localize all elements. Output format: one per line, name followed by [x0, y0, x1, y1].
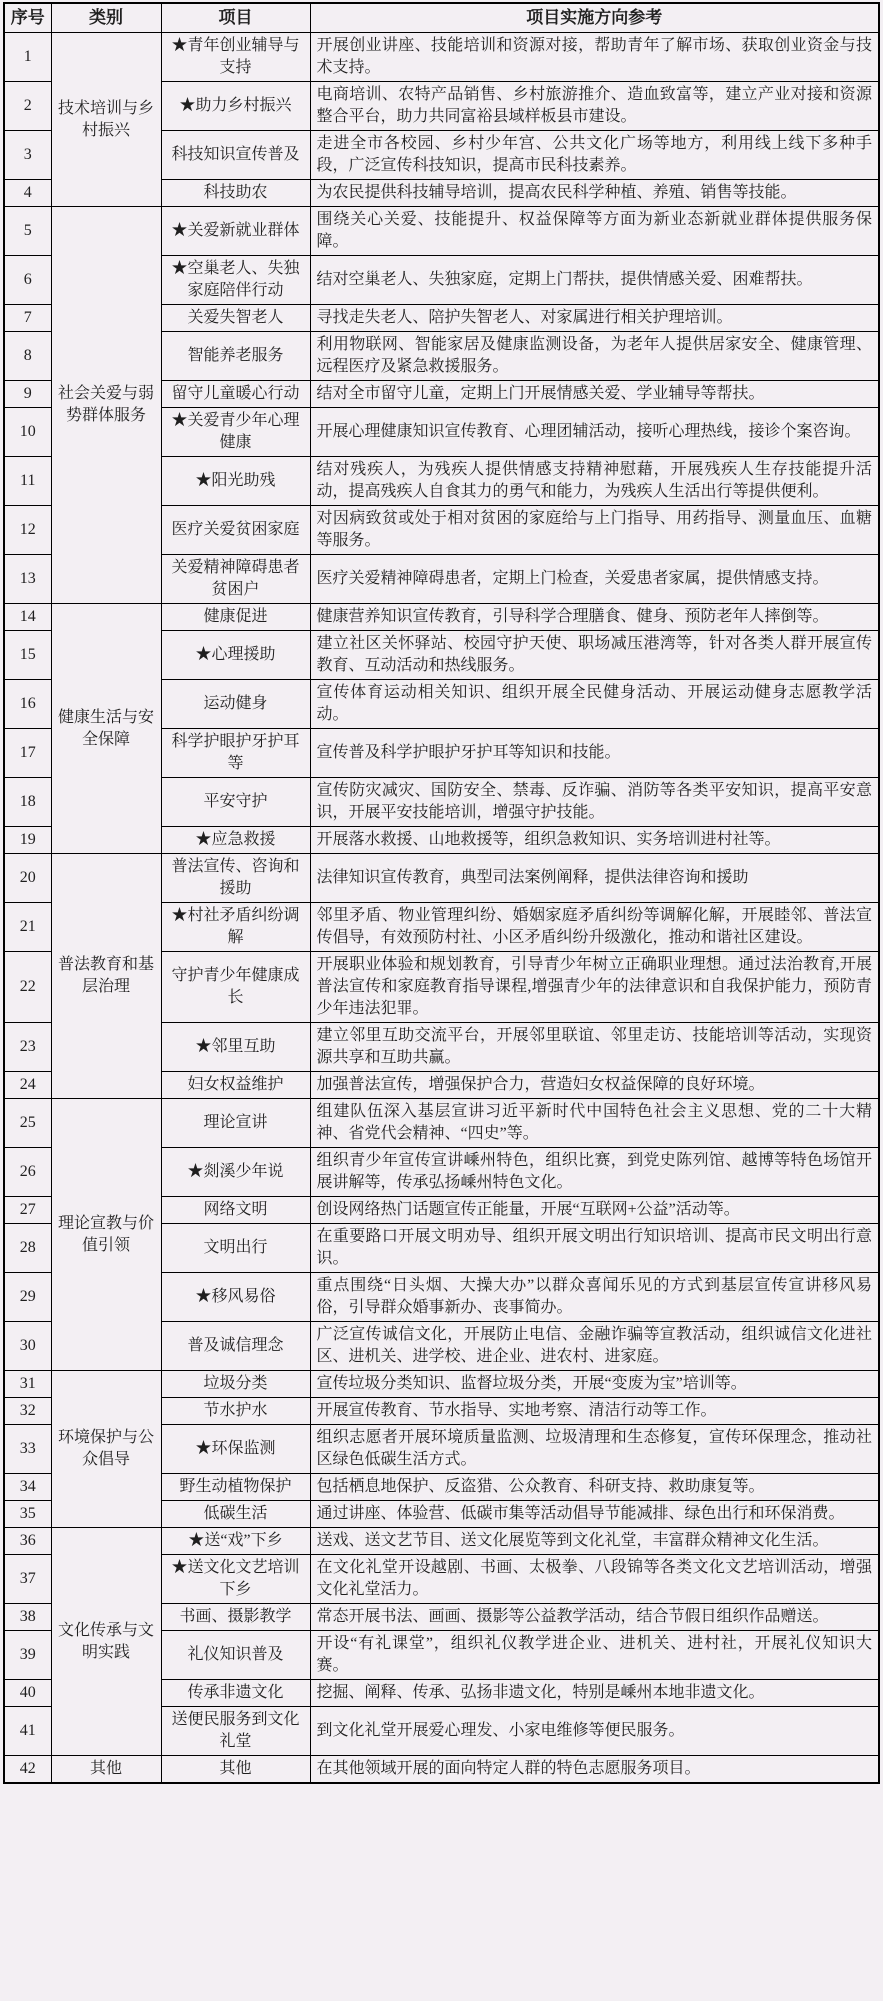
detail-cell: 宣传体育运动相关知识、组织开展全民健身活动、开展运动健身志愿教学活动。 — [310, 680, 879, 729]
project-cell: ★空巢老人、失独家庭陪伴行动 — [161, 256, 310, 305]
table-body: 1技术培训与乡村振兴★青年创业辅导与支持开展创业讲座、技能培训和资源对接，帮助青… — [4, 33, 879, 1784]
detail-cell: 建立社区关怀驿站、校园守护天使、职场减压港湾等，针对各类人群开展宣传教育、互动活… — [310, 631, 879, 680]
detail-cell: 组织志愿者开展环境质量监测、垃圾清理和生态修复，宣传环保理念，推动社区绿色低碳生… — [310, 1425, 879, 1474]
project-cell: ★送文化文艺培训下乡 — [161, 1555, 310, 1604]
row-number-cell: 27 — [4, 1197, 51, 1224]
row-number-cell: 33 — [4, 1425, 51, 1474]
detail-cell: 法律知识宣传教育，典型司法案例阐释，提供法律咨询和援助 — [310, 854, 879, 903]
project-cell: 其他 — [161, 1756, 310, 1784]
detail-cell: 在文化礼堂开设越剧、书画、太极拳、八段锦等各类文化文艺培训活动，增强文化礼堂活力… — [310, 1555, 879, 1604]
project-cell: 医疗关爱贫困家庭 — [161, 506, 310, 555]
project-cell: ★心理援助 — [161, 631, 310, 680]
project-cell: 送便民服务到文化礼堂 — [161, 1707, 310, 1756]
project-cell: 留守儿童暖心行动 — [161, 381, 310, 408]
row-number-cell: 16 — [4, 680, 51, 729]
row-number-cell: 30 — [4, 1322, 51, 1371]
project-cell: 健康促进 — [161, 604, 310, 631]
row-number-cell: 22 — [4, 952, 51, 1023]
project-cell: 垃圾分类 — [161, 1371, 310, 1398]
row-number-cell: 21 — [4, 903, 51, 952]
detail-cell: 常态开展书法、画画、摄影等公益教学活动，结合节假日组织作品赠送。 — [310, 1604, 879, 1631]
detail-cell: 宣传垃圾分类知识、监督垃圾分类，开展“变废为宝”培训等。 — [310, 1371, 879, 1398]
project-cell: 关爱精神障碍患者贫困户 — [161, 555, 310, 604]
project-cell: 关爱失智老人 — [161, 305, 310, 332]
row-number-cell: 1 — [4, 33, 51, 82]
project-cell: ★环保监测 — [161, 1425, 310, 1474]
document-page: 序号 类别 项目 项目实施方向参考 1技术培训与乡村振兴★青年创业辅导与支持开展… — [0, 0, 883, 1786]
detail-cell: 利用物联网、智能家居及健康监测设备，为老年人提供居家安全、健康管理、远程医疗及紧… — [310, 332, 879, 381]
detail-cell: 开展心理健康知识宣传教育、心理团辅活动，接听心理热线，接诊个案咨询。 — [310, 408, 879, 457]
project-cell: 运动健身 — [161, 680, 310, 729]
table-header: 序号 类别 项目 项目实施方向参考 — [4, 3, 879, 33]
header-cell-detail: 项目实施方向参考 — [310, 3, 879, 33]
detail-cell: 医疗关爱精神障碍患者，定期上门检查，关爱患者家属，提供情感支持。 — [310, 555, 879, 604]
row-number-cell: 3 — [4, 131, 51, 180]
row-number-cell: 26 — [4, 1148, 51, 1197]
project-cell: ★关爱新就业群体 — [161, 207, 310, 256]
row-number-cell: 32 — [4, 1398, 51, 1425]
detail-cell: 结对空巢老人、失独家庭，定期上门帮扶，提供情感关爱、困难帮扶。 — [310, 256, 879, 305]
row-number-cell: 35 — [4, 1501, 51, 1528]
header-cell-project: 项目 — [161, 3, 310, 33]
detail-cell: 围绕关心关爱、技能提升、权益保障等方面为新业态新就业群体提供服务保障。 — [310, 207, 879, 256]
row-number-cell: 29 — [4, 1273, 51, 1322]
category-cell: 环境保护与公众倡导 — [51, 1371, 161, 1528]
project-cell: 礼仪知识普及 — [161, 1631, 310, 1680]
row-number-cell: 10 — [4, 408, 51, 457]
row-number-cell: 37 — [4, 1555, 51, 1604]
detail-cell: 创设网络热门话题宣传正能量，开展“互联网+公益”活动等。 — [310, 1197, 879, 1224]
project-cell: ★应急救援 — [161, 827, 310, 854]
row-number-cell: 4 — [4, 180, 51, 207]
row-number-cell: 38 — [4, 1604, 51, 1631]
detail-cell: 在重要路口开展文明劝导、组织开展文明出行知识培训、提高市民文明出行意识。 — [310, 1224, 879, 1273]
detail-cell: 建立邻里互助交流平台，开展邻里联谊、邻里走访、技能培训等活动，实现资源共享和互助… — [310, 1023, 879, 1072]
detail-cell: 宣传防灾减灾、国防安全、禁毒、反诈骗、消防等各类平安知识，提高平安意识，开展平安… — [310, 778, 879, 827]
category-cell: 文化传承与文明实践 — [51, 1528, 161, 1756]
project-cell: 野生动植物保护 — [161, 1474, 310, 1501]
detail-cell: 送戏、送文艺节目、送文化展览等到文化礼堂，丰富群众精神文化生活。 — [310, 1528, 879, 1555]
project-cell: 守护青少年健康成长 — [161, 952, 310, 1023]
detail-cell: 开展创业讲座、技能培训和资源对接，帮助青年了解市场、获取创业资金与技术支持。 — [310, 33, 879, 82]
category-cell: 技术培训与乡村振兴 — [51, 33, 161, 207]
detail-cell: 加强普法宣传，增强保护合力，营造妇女权益保障的良好环境。 — [310, 1072, 879, 1099]
detail-cell: 结对残疾人，为残疾人提供情感支持精神慰藉，开展残疾人生存技能提升活动，提高残疾人… — [310, 457, 879, 506]
table-row: 20普法教育和基层治理普法宣传、咨询和援助法律知识宣传教育，典型司法案例阐释，提… — [4, 854, 879, 903]
detail-cell: 在其他领域开展的面向特定人群的特色志愿服务项目。 — [310, 1756, 879, 1784]
project-cell: 节水护水 — [161, 1398, 310, 1425]
detail-cell: 邻里矛盾、物业管理纠纷、婚姻家庭矛盾纠纷等调解化解，开展睦邻、普法宣传倡导，有效… — [310, 903, 879, 952]
project-cell: 低碳生活 — [161, 1501, 310, 1528]
detail-cell: 组建队伍深入基层宣讲习近平新时代中国特色社会主义思想、党的二十大精神、省党代会精… — [310, 1099, 879, 1148]
detail-cell: 广泛宣传诚信文化，开展防止电信、金融诈骗等宣教活动，组织诚信文化进社区、进机关、… — [310, 1322, 879, 1371]
project-cell: 科技知识宣传普及 — [161, 131, 310, 180]
detail-cell: 开展落水救援、山地救援等，组织急救知识、实务培训进村社等。 — [310, 827, 879, 854]
row-number-cell: 5 — [4, 207, 51, 256]
project-cell: ★村社矛盾纠纷调解 — [161, 903, 310, 952]
row-number-cell: 24 — [4, 1072, 51, 1099]
row-number-cell: 31 — [4, 1371, 51, 1398]
project-cell: 普及诚信理念 — [161, 1322, 310, 1371]
project-cell: 书画、摄影教学 — [161, 1604, 310, 1631]
project-cell: 妇女权益维护 — [161, 1072, 310, 1099]
table-row: 25理论宣教与价值引领理论宣讲组建队伍深入基层宣讲习近平新时代中国特色社会主义思… — [4, 1099, 879, 1148]
detail-cell: 健康营养知识宣传教育，引导科学合理膳食、健身、预防老年人摔倒等。 — [310, 604, 879, 631]
row-number-cell: 8 — [4, 332, 51, 381]
row-number-cell: 9 — [4, 381, 51, 408]
project-cell: 科技助农 — [161, 180, 310, 207]
project-cell: ★助力乡村振兴 — [161, 82, 310, 131]
header-cell-category: 类别 — [51, 3, 161, 33]
table-row: 1技术培训与乡村振兴★青年创业辅导与支持开展创业讲座、技能培训和资源对接，帮助青… — [4, 33, 879, 82]
detail-cell: 结对全市留守儿童，定期上门开展情感关爱、学业辅导等帮扶。 — [310, 381, 879, 408]
project-cell: 平安守护 — [161, 778, 310, 827]
row-number-cell: 19 — [4, 827, 51, 854]
project-cell: 普法宣传、咨询和援助 — [161, 854, 310, 903]
detail-cell: 寻找走失老人、陪护失智老人、对家属进行相关护理培训。 — [310, 305, 879, 332]
project-cell: ★青年创业辅导与支持 — [161, 33, 310, 82]
detail-cell: 宣传普及科学护眼护牙护耳等知识和技能。 — [310, 729, 879, 778]
project-cell: 智能养老服务 — [161, 332, 310, 381]
row-number-cell: 23 — [4, 1023, 51, 1072]
detail-cell: 包括栖息地保护、反盗猎、公众教育、科研支持、救助康复等。 — [310, 1474, 879, 1501]
category-cell: 健康生活与安全保障 — [51, 604, 161, 854]
project-cell: ★剡溪少年说 — [161, 1148, 310, 1197]
table-row: 14健康生活与安全保障健康促进健康营养知识宣传教育，引导科学合理膳食、健身、预防… — [4, 604, 879, 631]
detail-cell: 走进全市各校园、乡村少年宫、公共文化广场等地方，利用线上线下多种手段，广泛宣传科… — [310, 131, 879, 180]
detail-cell: 重点围绕“日头烟、大操大办”以群众喜闻乐见的方式到基层宣传宣讲移风易俗，引导群众… — [310, 1273, 879, 1322]
header-row: 序号 类别 项目 项目实施方向参考 — [4, 3, 879, 33]
category-cell: 理论宣教与价值引领 — [51, 1099, 161, 1371]
table-row: 42其他其他在其他领域开展的面向特定人群的特色志愿服务项目。 — [4, 1756, 879, 1784]
table-row: 5社会关爱与弱势群体服务★关爱新就业群体围绕关心关爱、技能提升、权益保障等方面为… — [4, 207, 879, 256]
table-row: 36文化传承与文明实践★送“戏”下乡送戏、送文艺节目、送文化展览等到文化礼堂，丰… — [4, 1528, 879, 1555]
row-number-cell: 34 — [4, 1474, 51, 1501]
row-number-cell: 18 — [4, 778, 51, 827]
row-number-cell: 13 — [4, 555, 51, 604]
row-number-cell: 2 — [4, 82, 51, 131]
detail-cell: 为农民提供科技辅导培训，提高农民科学种植、养殖、销售等技能。 — [310, 180, 879, 207]
row-number-cell: 17 — [4, 729, 51, 778]
project-cell: 网络文明 — [161, 1197, 310, 1224]
detail-cell: 开设“有礼课堂”，组织礼仪教学进企业、进机关、进村社，开展礼仪知识大赛。 — [310, 1631, 879, 1680]
project-cell: 科学护眼护牙护耳等 — [161, 729, 310, 778]
volunteer-project-table: 序号 类别 项目 项目实施方向参考 1技术培训与乡村振兴★青年创业辅导与支持开展… — [3, 2, 880, 1784]
detail-cell: 通过讲座、体验营、低碳市集等活动倡导节能减排、绿色出行和环保消费。 — [310, 1501, 879, 1528]
row-number-cell: 11 — [4, 457, 51, 506]
row-number-cell: 39 — [4, 1631, 51, 1680]
detail-cell: 对因病致贫或处于相对贫困的家庭给与上门指导、用药指导、测量血压、血糖等服务。 — [310, 506, 879, 555]
row-number-cell: 41 — [4, 1707, 51, 1756]
row-number-cell: 36 — [4, 1528, 51, 1555]
detail-cell: 开展职业体验和规划教育，引导青少年树立正确职业理想。通过法治教育,开展普法宣传和… — [310, 952, 879, 1023]
category-cell: 社会关爱与弱势群体服务 — [51, 207, 161, 604]
detail-cell: 开展宣传教育、节水指导、实地考察、清洁行动等工作。 — [310, 1398, 879, 1425]
header-cell-number: 序号 — [4, 3, 51, 33]
table-row: 31环境保护与公众倡导垃圾分类宣传垃圾分类知识、监督垃圾分类，开展“变废为宝”培… — [4, 1371, 879, 1398]
row-number-cell: 6 — [4, 256, 51, 305]
project-cell: 理论宣讲 — [161, 1099, 310, 1148]
row-number-cell: 15 — [4, 631, 51, 680]
category-cell: 其他 — [51, 1756, 161, 1784]
project-cell: ★阳光助残 — [161, 457, 310, 506]
project-cell: ★送“戏”下乡 — [161, 1528, 310, 1555]
project-cell: ★移风易俗 — [161, 1273, 310, 1322]
row-number-cell: 12 — [4, 506, 51, 555]
row-number-cell: 25 — [4, 1099, 51, 1148]
detail-cell: 到文化礼堂开展爱心理发、小家电维修等便民服务。 — [310, 1707, 879, 1756]
row-number-cell: 42 — [4, 1756, 51, 1784]
row-number-cell: 7 — [4, 305, 51, 332]
detail-cell: 电商培训、农特产品销售、乡村旅游推介、造血致富等，建立产业对接和资源整合平台，助… — [310, 82, 879, 131]
detail-cell: 组织青少年宣传宣讲嵊州特色，组织比赛，到党史陈列馆、越博等特色场馆开展讲解等，传… — [310, 1148, 879, 1197]
project-cell: 文明出行 — [161, 1224, 310, 1273]
row-number-cell: 14 — [4, 604, 51, 631]
project-cell: 传承非遗文化 — [161, 1680, 310, 1707]
project-cell: ★关爱青少年心理健康 — [161, 408, 310, 457]
row-number-cell: 40 — [4, 1680, 51, 1707]
category-cell: 普法教育和基层治理 — [51, 854, 161, 1099]
row-number-cell: 28 — [4, 1224, 51, 1273]
row-number-cell: 20 — [4, 854, 51, 903]
detail-cell: 挖掘、阐释、传承、弘扬非遗文化，特别是嵊州本地非遗文化。 — [310, 1680, 879, 1707]
project-cell: ★邻里互助 — [161, 1023, 310, 1072]
